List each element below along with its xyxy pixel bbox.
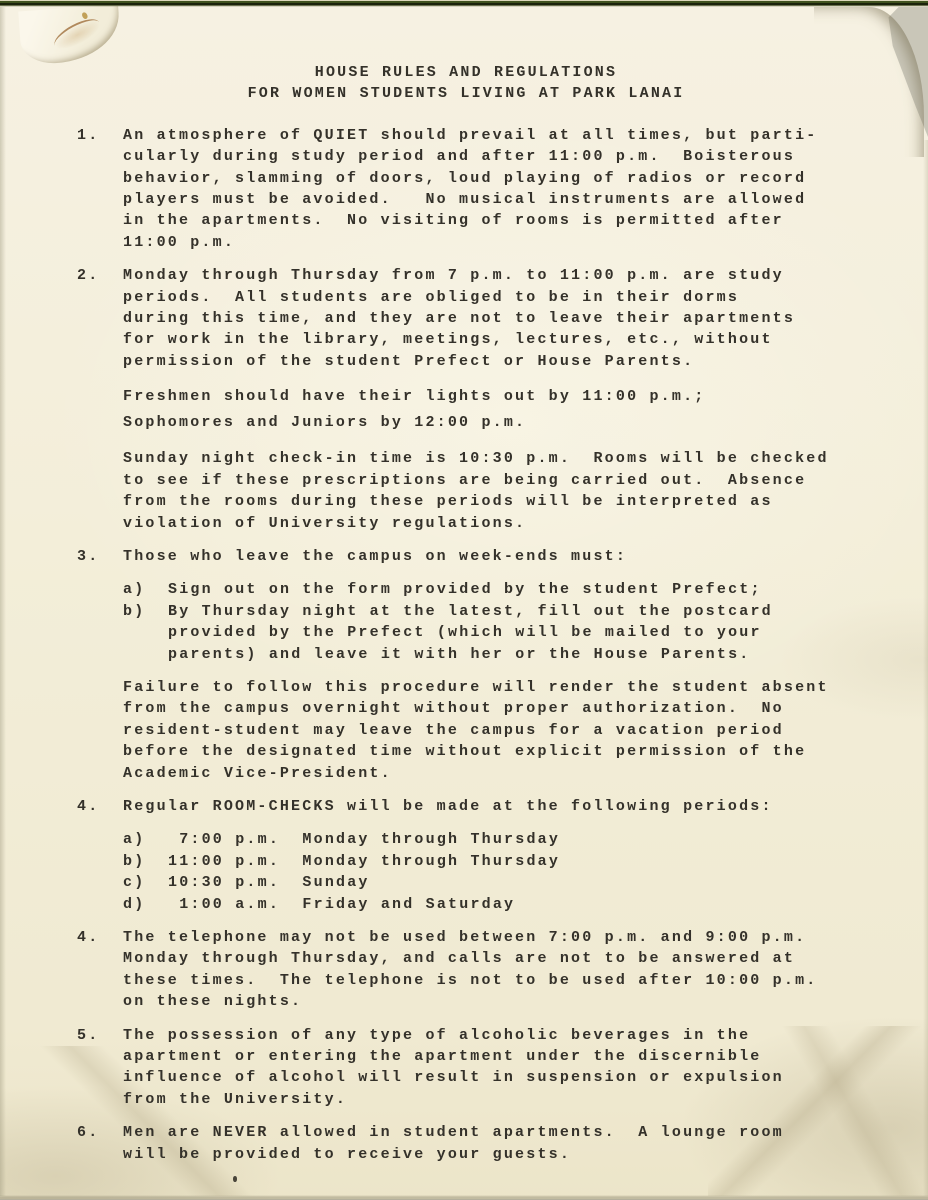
scan-edge-top — [0, 0, 928, 7]
item-paragraph: Men are NEVER allowed in student apartme… — [123, 1122, 855, 1165]
sub-item-text: 11:00 p.m. Monday through Thursday — [168, 851, 855, 872]
room-check-list: a) 7:00 p.m. Monday through Thursday b) … — [123, 829, 855, 915]
sub-item-text: 1:00 a.m. Friday and Saturday — [168, 894, 855, 915]
sub-item-letter: b) — [123, 601, 168, 665]
sub-item-text: 10:30 p.m. Sunday — [168, 872, 855, 893]
scanned-paper: HOUSE RULES AND REGULATIONS FOR WOMEN ST… — [0, 0, 928, 1200]
item-paragraph: Those who leave the campus on week-ends … — [123, 546, 855, 567]
item-paragraph: An atmosphere of QUIET should prevail at… — [123, 125, 855, 253]
rule-item-4-room-checks: 4. Regular ROOM-CHECKS will be made at t… — [77, 796, 855, 915]
sub-item-a: a) Sign out on the form provided by the … — [123, 579, 855, 600]
item-paragraph: The possession of any type of alcoholic … — [123, 1025, 855, 1111]
item-number: 6. — [77, 1122, 123, 1165]
rule-item-4-telephone: 4. The telephone may not be used between… — [77, 927, 855, 1013]
item-number: 3. — [77, 546, 123, 784]
sub-item-letter: a) — [123, 579, 168, 600]
rule-item-3: 3. Those who leave the campus on week-en… — [77, 546, 855, 784]
room-check-b: b) 11:00 p.m. Monday through Thursday — [123, 851, 855, 872]
item-paragraph: Monday through Thursday from 7 p.m. to 1… — [123, 265, 855, 372]
sub-item-letter: a) — [123, 829, 168, 850]
item-paragraph: Freshmen should have their lights out by… — [123, 384, 855, 436]
sub-item-letter: d) — [123, 894, 168, 915]
scan-edge-bottom — [0, 1195, 928, 1200]
item-paragraph: Regular ROOM-CHECKS will be made at the … — [123, 796, 855, 817]
sub-item-text: 7:00 p.m. Monday through Thursday — [168, 829, 855, 850]
item-paragraph: The telephone may not be used between 7:… — [123, 927, 855, 1013]
room-check-a: a) 7:00 p.m. Monday through Thursday — [123, 829, 855, 850]
sub-item-b: b) By Thursday night at the latest, fill… — [123, 601, 855, 665]
sub-list: a) Sign out on the form provided by the … — [123, 579, 855, 665]
scan-edge-right — [923, 140, 928, 1196]
sub-item-text: By Thursday night at the latest, fill ou… — [168, 601, 855, 665]
rule-item-1: 1. An atmosphere of QUIET should prevail… — [77, 125, 855, 253]
rule-item-5: 5. The possession of any type of alcohol… — [77, 1025, 855, 1111]
rule-item-6: 6. Men are NEVER allowed in student apar… — [77, 1122, 855, 1165]
sub-item-text: Sign out on the form provided by the stu… — [168, 579, 855, 600]
room-check-d: d) 1:00 a.m. Friday and Saturday — [123, 894, 855, 915]
item-number: 4. — [77, 927, 123, 1013]
item-number: 4. — [77, 796, 123, 915]
sub-item-letter: b) — [123, 851, 168, 872]
item-paragraph: Failure to follow this procedure will re… — [123, 677, 855, 784]
title-line-2: FOR WOMEN STUDENTS LIVING AT PARK LANAI — [77, 83, 855, 104]
document-title: HOUSE RULES AND REGULATIONS FOR WOMEN ST… — [77, 62, 855, 105]
item-number: 2. — [77, 265, 123, 534]
room-check-c: c) 10:30 p.m. Sunday — [123, 872, 855, 893]
item-number: 1. — [77, 125, 123, 253]
sub-item-letter: c) — [123, 872, 168, 893]
item-paragraph: Sunday night check-in time is 10:30 p.m.… — [123, 448, 855, 534]
scan-edge-left — [0, 7, 6, 1196]
rule-item-2: 2. Monday through Thursday from 7 p.m. t… — [77, 265, 855, 534]
title-line-1: HOUSE RULES AND REGULATIONS — [77, 62, 855, 83]
item-number: 5. — [77, 1025, 123, 1111]
document-body: HOUSE RULES AND REGULATIONS FOR WOMEN ST… — [77, 62, 855, 1177]
